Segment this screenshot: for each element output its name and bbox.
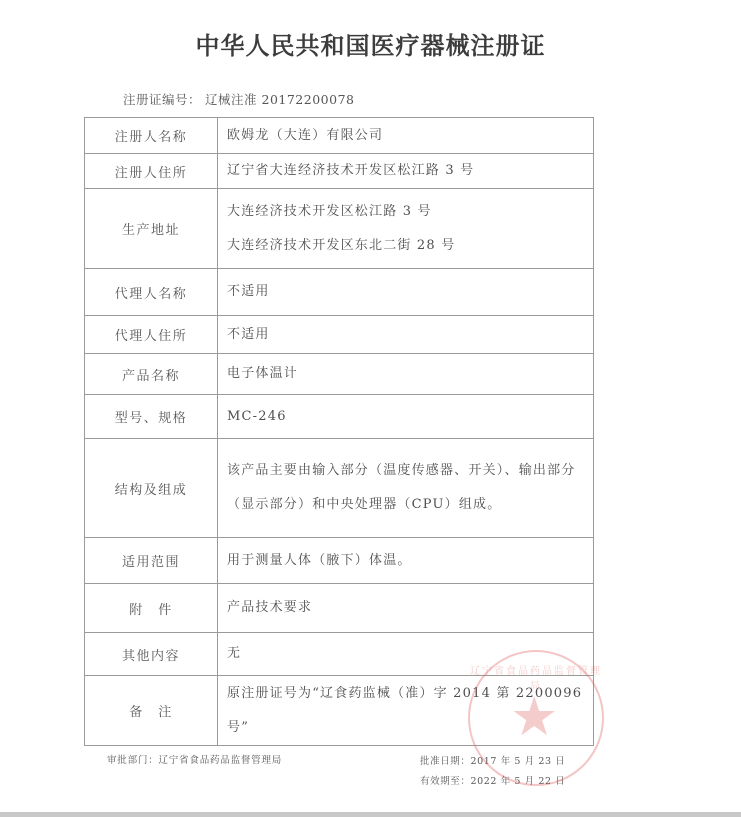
document-title: 中华人民共和国医疗器械注册证 <box>0 26 741 61</box>
approval-department: 审批部门：辽宁省食品药品监督管理局 <box>107 752 282 766</box>
table-row: 适用范围 用于测量人体（腋下）体温。 <box>85 538 594 584</box>
row-label-registrant-name: 注册人名称 <box>85 118 218 154</box>
row-value-agent-name: 不适用 <box>218 269 594 316</box>
row-value-attachment: 产品技术要求 <box>218 584 594 633</box>
registration-number-label: 注册证编号： <box>123 92 201 107</box>
production-address-line-1: 大连经济技术开发区松江路 3 号 <box>227 195 585 229</box>
certificate-table: 注册人名称 欧姆龙（大连）有限公司 注册人住所 辽宁省大连经济技术开发区松江路 … <box>84 117 594 746</box>
row-label-model-spec: 型号、规格 <box>85 395 218 439</box>
table-row: 备 注 原注册证号为“辽食药监械（准）字 2014 第 2200096 号” <box>85 676 594 746</box>
row-label-agent-address: 代理人住所 <box>85 316 218 354</box>
row-value-agent-address: 不适用 <box>218 316 594 354</box>
bottom-bar <box>0 812 741 817</box>
production-address-line-2: 大连经济技术开发区东北二街 28 号 <box>227 229 585 263</box>
row-value-structure: 该产品主要由输入部分（温度传感器、开关）、输出部分（显示部分）和中央处理器（CP… <box>218 439 594 538</box>
certificate-page: 中华人民共和国医疗器械注册证 注册证编号：辽械注准 20172200078 注册… <box>0 0 741 810</box>
table-row: 结构及组成 该产品主要由输入部分（温度传感器、开关）、输出部分（显示部分）和中央… <box>85 439 594 538</box>
table-row: 其他内容 无 <box>85 633 594 676</box>
table-row: 产品名称 电子体温计 <box>85 354 594 395</box>
table-row: 生产地址 大连经济技术开发区松江路 3 号 大连经济技术开发区东北二街 28 号 <box>85 189 594 269</box>
row-label-product-name: 产品名称 <box>85 354 218 395</box>
row-label-registrant-address: 注册人住所 <box>85 154 218 189</box>
row-value-production-address: 大连经济技术开发区松江路 3 号 大连经济技术开发区东北二街 28 号 <box>218 189 594 269</box>
row-label-agent-name: 代理人名称 <box>85 269 218 316</box>
row-label-structure: 结构及组成 <box>85 439 218 538</box>
registration-number: 注册证编号：辽械注准 20172200078 <box>123 90 354 108</box>
table-row: 注册人名称 欧姆龙（大连）有限公司 <box>85 118 594 154</box>
row-label-scope: 适用范围 <box>85 538 218 584</box>
row-value-registrant-name: 欧姆龙（大连）有限公司 <box>218 118 594 154</box>
table-row: 附 件 产品技术要求 <box>85 584 594 633</box>
row-label-remarks: 备 注 <box>85 676 218 746</box>
approval-date: 批准日期：2017 年 5 月 23 日 <box>420 752 565 772</box>
table-row: 代理人住所 不适用 <box>85 316 594 354</box>
row-value-product-name: 电子体温计 <box>218 354 594 395</box>
row-label-production-address: 生产地址 <box>85 189 218 269</box>
row-value-registrant-address: 辽宁省大连经济技术开发区松江路 3 号 <box>218 154 594 189</box>
valid-until-date: 有效期至：2022 年 5 月 22 日 <box>420 772 565 792</box>
row-label-other: 其他内容 <box>85 633 218 676</box>
row-value-remarks: 原注册证号为“辽食药监械（准）字 2014 第 2200096 号” <box>218 676 594 746</box>
registration-number-value: 辽械注准 20172200078 <box>205 92 354 107</box>
approval-dates: 批准日期：2017 年 5 月 23 日 有效期至：2022 年 5 月 22 … <box>420 752 565 792</box>
table-row: 型号、规格 MC-246 <box>85 395 594 439</box>
table-row: 注册人住所 辽宁省大连经济技术开发区松江路 3 号 <box>85 154 594 189</box>
row-value-other: 无 <box>218 633 594 676</box>
table-row: 代理人名称 不适用 <box>85 269 594 316</box>
row-value-scope: 用于测量人体（腋下）体温。 <box>218 538 594 584</box>
row-value-model-spec: MC-246 <box>218 395 594 439</box>
row-label-attachment: 附 件 <box>85 584 218 633</box>
